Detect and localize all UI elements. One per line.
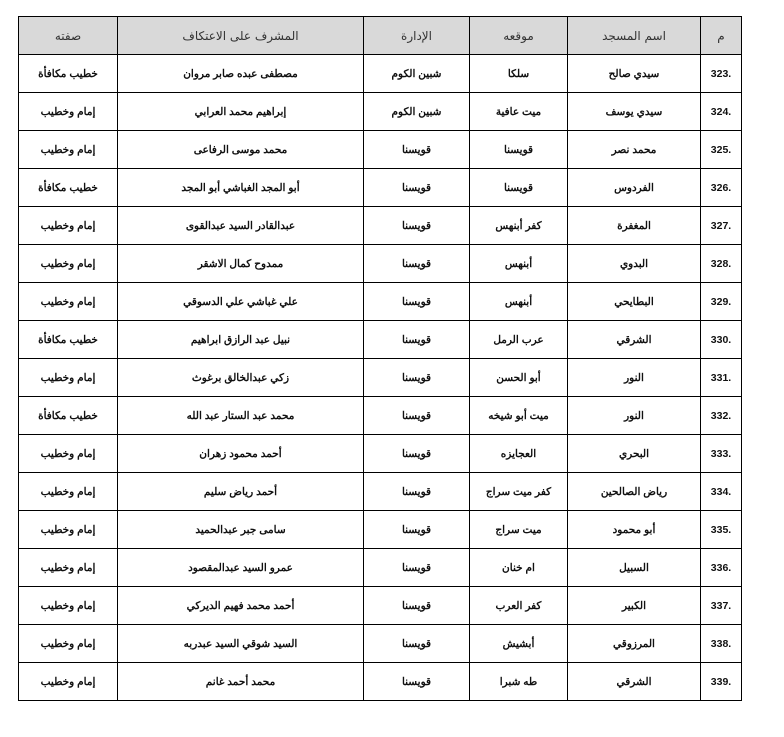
header-row: م اسم المسجد موقعه الإدارة المشرف على ال… bbox=[19, 17, 742, 55]
supervisor-cell: علي غباشي علي الدسوقي bbox=[118, 283, 364, 321]
header-site: موقعه bbox=[470, 17, 568, 55]
mosques-table: م اسم المسجد موقعه الإدارة المشرف على ال… bbox=[18, 16, 742, 701]
role-cell: إمام وخطيب bbox=[19, 93, 118, 131]
table-row: 330.الشرقيعرب الرملقويسنانبيل عبد الرازق… bbox=[19, 321, 742, 359]
row-num: 336. bbox=[701, 549, 742, 587]
mosque-name-cell: أبو محمود bbox=[568, 511, 701, 549]
site-cell: أبشيش bbox=[470, 625, 568, 663]
role-cell: إمام وخطيب bbox=[19, 207, 118, 245]
row-num: 325. bbox=[701, 131, 742, 169]
supervisor-cell: محمد أحمد غانم bbox=[118, 663, 364, 701]
role-cell: إمام وخطيب bbox=[19, 663, 118, 701]
mosque-name-cell: البطايحي bbox=[568, 283, 701, 321]
role-cell: خطيب مكافأة bbox=[19, 397, 118, 435]
administration-cell: قويسنا bbox=[364, 663, 470, 701]
administration-cell: شبين الكوم bbox=[364, 55, 470, 93]
row-num: 337. bbox=[701, 587, 742, 625]
site-cell: ميت عافية bbox=[470, 93, 568, 131]
administration-cell: قويسنا bbox=[364, 473, 470, 511]
site-cell: عرب الرمل bbox=[470, 321, 568, 359]
table-row: 337.الكبيركفر العربقويسناأحمد محمد فهيم … bbox=[19, 587, 742, 625]
supervisor-cell: عمرو السيد عبدالمقصود bbox=[118, 549, 364, 587]
role-cell: إمام وخطيب bbox=[19, 245, 118, 283]
table-row: 333.البحريالعجايزهقويسناأحمد محمود زهران… bbox=[19, 435, 742, 473]
site-cell: قويسنا bbox=[470, 131, 568, 169]
mosque-name-cell: سيدي صالح bbox=[568, 55, 701, 93]
site-cell: أبنهس bbox=[470, 245, 568, 283]
role-cell: إمام وخطيب bbox=[19, 549, 118, 587]
site-cell: ميت سراج bbox=[470, 511, 568, 549]
supervisor-cell: عبدالقادر السيد عبدالقوى bbox=[118, 207, 364, 245]
site-cell: العجايزه bbox=[470, 435, 568, 473]
site-cell: كفر العرب bbox=[470, 587, 568, 625]
role-cell: إمام وخطيب bbox=[19, 625, 118, 663]
mosque-name-cell: رياض الصالحين bbox=[568, 473, 701, 511]
mosque-name-cell: محمد نصر bbox=[568, 131, 701, 169]
site-cell: كفر أبنهس bbox=[470, 207, 568, 245]
table-row: 332.النورميت أبو شيخهقويسنامحمد عبد الست… bbox=[19, 397, 742, 435]
supervisor-cell: أبو المجد الغباشي أبو المجد bbox=[118, 169, 364, 207]
role-cell: إمام وخطيب bbox=[19, 435, 118, 473]
mosque-name-cell: سيدي يوسف bbox=[568, 93, 701, 131]
supervisor-cell: سامى جبر عبدالحميد bbox=[118, 511, 364, 549]
header-num: م bbox=[701, 17, 742, 55]
role-cell: إمام وخطيب bbox=[19, 511, 118, 549]
header-administration: الإدارة bbox=[364, 17, 470, 55]
row-num: 329. bbox=[701, 283, 742, 321]
header-mosque-name: اسم المسجد bbox=[568, 17, 701, 55]
supervisor-cell: أحمد محمود زهران bbox=[118, 435, 364, 473]
administration-cell: شبين الكوم bbox=[364, 93, 470, 131]
table-row: 328.البدويأبنهسقويسناممدوح كمال الاشقرإم… bbox=[19, 245, 742, 283]
supervisor-cell: السيد شوقي السيد عبدربه bbox=[118, 625, 364, 663]
row-num: 339. bbox=[701, 663, 742, 701]
supervisor-cell: مصطفى عبده صابر مروان bbox=[118, 55, 364, 93]
administration-cell: قويسنا bbox=[364, 549, 470, 587]
administration-cell: قويسنا bbox=[364, 207, 470, 245]
role-cell: إمام وخطيب bbox=[19, 283, 118, 321]
role-cell: إمام وخطيب bbox=[19, 359, 118, 397]
role-cell: خطيب مكافأة bbox=[19, 169, 118, 207]
row-num: 331. bbox=[701, 359, 742, 397]
mosque-name-cell: الشرقي bbox=[568, 321, 701, 359]
site-cell: قويسنا bbox=[470, 169, 568, 207]
table-row: 326.الفردوسقويسناقويسناأبو المجد الغباشي… bbox=[19, 169, 742, 207]
table-row: 327.المغفرةكفر أبنهسقويسناعبدالقادر السي… bbox=[19, 207, 742, 245]
table-row: 331.النورأبو الحسنقويسنازكي عبدالخالق بر… bbox=[19, 359, 742, 397]
role-cell: إمام وخطيب bbox=[19, 587, 118, 625]
supervisor-cell: محمد عبد الستار عبد الله bbox=[118, 397, 364, 435]
row-num: 324. bbox=[701, 93, 742, 131]
row-num: 334. bbox=[701, 473, 742, 511]
mosque-name-cell: النور bbox=[568, 397, 701, 435]
row-num: 330. bbox=[701, 321, 742, 359]
administration-cell: قويسنا bbox=[364, 245, 470, 283]
supervisor-cell: محمد موسى الرفاعى bbox=[118, 131, 364, 169]
mosque-name-cell: البدوي bbox=[568, 245, 701, 283]
row-num: 323. bbox=[701, 55, 742, 93]
mosque-name-cell: الشرقي bbox=[568, 663, 701, 701]
row-num: 338. bbox=[701, 625, 742, 663]
table-row: 323.سيدي صالحسلكاشبين الكوممصطفى عبده صا… bbox=[19, 55, 742, 93]
site-cell: أبو الحسن bbox=[470, 359, 568, 397]
row-num: 328. bbox=[701, 245, 742, 283]
supervisor-cell: ممدوح كمال الاشقر bbox=[118, 245, 364, 283]
mosque-name-cell: النور bbox=[568, 359, 701, 397]
administration-cell: قويسنا bbox=[364, 435, 470, 473]
table-row: 336.السبيلام خنانقويسناعمرو السيد عبدالم… bbox=[19, 549, 742, 587]
role-cell: خطيب مكافأة bbox=[19, 321, 118, 359]
mosque-name-cell: البحري bbox=[568, 435, 701, 473]
mosque-name-cell: الكبير bbox=[568, 587, 701, 625]
administration-cell: قويسنا bbox=[364, 625, 470, 663]
table-row: 324.سيدي يوسفميت عافيةشبين الكومإبراهيم … bbox=[19, 93, 742, 131]
site-cell: أبنهس bbox=[470, 283, 568, 321]
site-cell: طه شبرا bbox=[470, 663, 568, 701]
supervisor-cell: أحمد رياض سليم bbox=[118, 473, 364, 511]
administration-cell: قويسنا bbox=[364, 397, 470, 435]
site-cell: سلكا bbox=[470, 55, 568, 93]
administration-cell: قويسنا bbox=[364, 359, 470, 397]
table-row: 329.البطايحيأبنهسقويسناعلي غباشي علي الد… bbox=[19, 283, 742, 321]
table-row: 334.رياض الصالحينكفر ميت سراجقويسناأحمد … bbox=[19, 473, 742, 511]
site-cell: كفر ميت سراج bbox=[470, 473, 568, 511]
table-row: 338.المرزوقيأبشيشقويسناالسيد شوقي السيد … bbox=[19, 625, 742, 663]
role-cell: إمام وخطيب bbox=[19, 131, 118, 169]
mosque-name-cell: الفردوس bbox=[568, 169, 701, 207]
supervisor-cell: إبراهيم محمد العرابي bbox=[118, 93, 364, 131]
row-num: 332. bbox=[701, 397, 742, 435]
table-row: 335.أبو محمودميت سراجقويسناسامى جبر عبدا… bbox=[19, 511, 742, 549]
header-role: صفته bbox=[19, 17, 118, 55]
supervisor-cell: زكي عبدالخالق برغوث bbox=[118, 359, 364, 397]
administration-cell: قويسنا bbox=[364, 511, 470, 549]
header-supervisor: المشرف على الاعتكاف bbox=[118, 17, 364, 55]
row-num: 333. bbox=[701, 435, 742, 473]
site-cell: ميت أبو شيخه bbox=[470, 397, 568, 435]
supervisor-cell: نبيل عبد الرازق ابراهيم bbox=[118, 321, 364, 359]
table-row: 339.الشرقيطه شبراقويسنامحمد أحمد غانمإما… bbox=[19, 663, 742, 701]
administration-cell: قويسنا bbox=[364, 321, 470, 359]
administration-cell: قويسنا bbox=[364, 169, 470, 207]
row-num: 327. bbox=[701, 207, 742, 245]
table-row: 325.محمد نصرقويسناقويسنامحمد موسى الرفاع… bbox=[19, 131, 742, 169]
administration-cell: قويسنا bbox=[364, 131, 470, 169]
mosque-name-cell: المغفرة bbox=[568, 207, 701, 245]
row-num: 326. bbox=[701, 169, 742, 207]
supervisor-cell: أحمد محمد فهيم الديركي bbox=[118, 587, 364, 625]
row-num: 335. bbox=[701, 511, 742, 549]
administration-cell: قويسنا bbox=[364, 283, 470, 321]
role-cell: إمام وخطيب bbox=[19, 473, 118, 511]
administration-cell: قويسنا bbox=[364, 587, 470, 625]
mosque-name-cell: المرزوقي bbox=[568, 625, 701, 663]
mosque-name-cell: السبيل bbox=[568, 549, 701, 587]
site-cell: ام خنان bbox=[470, 549, 568, 587]
role-cell: خطيب مكافأة bbox=[19, 55, 118, 93]
